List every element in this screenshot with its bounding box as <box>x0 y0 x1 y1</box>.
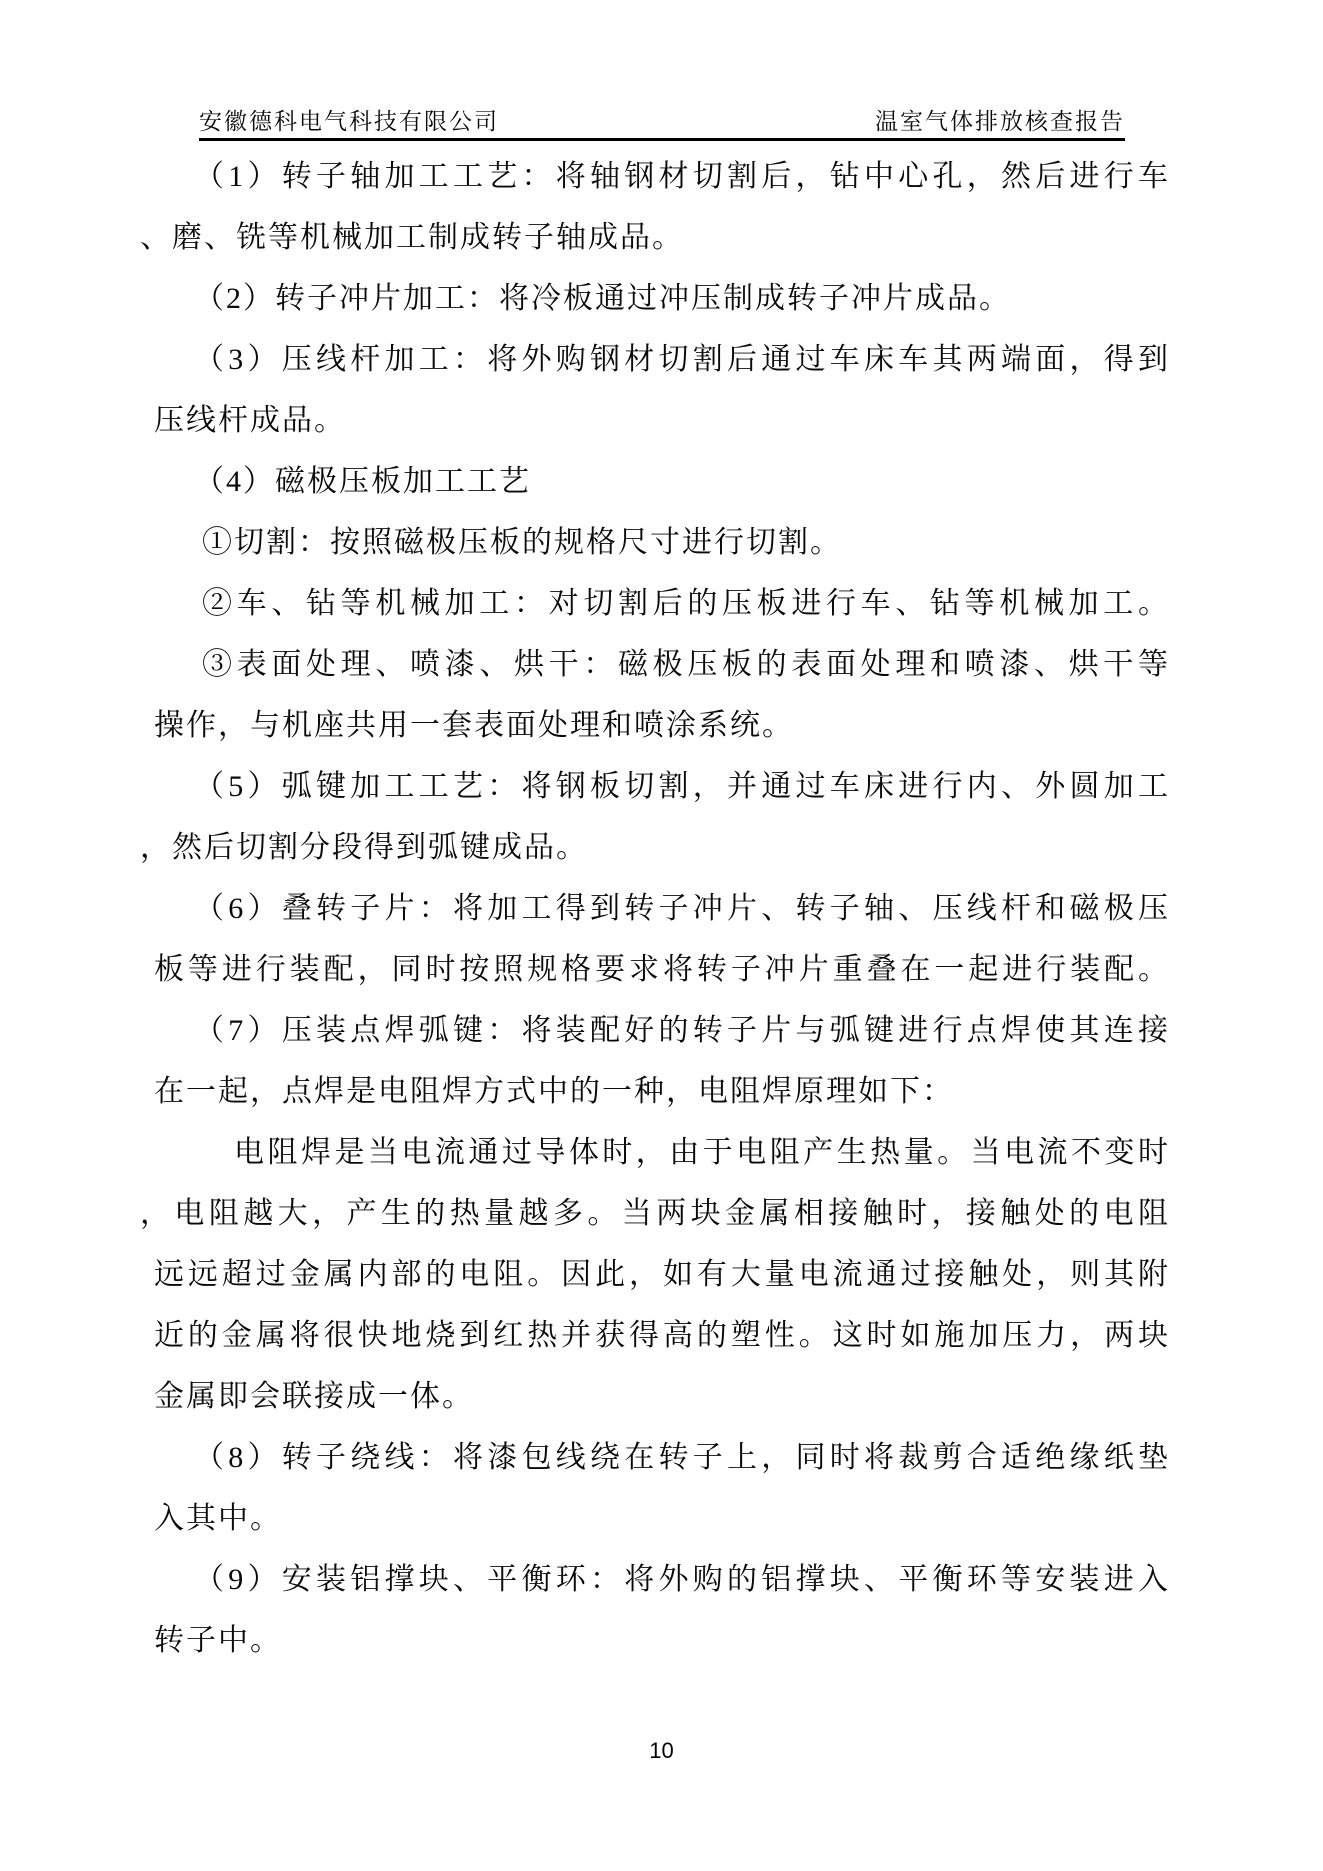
text-line: （7）压装点焊弧键：将装配好的转子片与弧键进行点焊使其连接 <box>154 1000 1170 1061</box>
text-line: （8）转子绕线：将漆包线绕在转子上，同时将裁剪合适绝缘纸垫 <box>154 1427 1170 1488</box>
document-body: （1）转子轴加工工艺：将轴钢材切割后，钻中心孔，然后进行车 、磨、铣等机械加工制… <box>154 146 1170 1671</box>
text-line: 、磨、铣等机械加工制成转子轴成品。 <box>140 207 1170 268</box>
text-line: ，然后切割分段得到弧键成品。 <box>140 817 1170 878</box>
header-left-text: 安徽德科电气科技有限公司 <box>199 103 499 136</box>
text-line: （1）转子轴加工工艺：将轴钢材切割后，钻中心孔，然后进行车 <box>154 146 1170 207</box>
text-line: （4）磁极压板加工工艺 <box>154 451 1170 512</box>
text-line: （2）转子冲片加工：将冷板通过冲压制成转子冲片成品。 <box>154 268 1170 329</box>
text-line: 操作，与机座共用一套表面处理和喷涂系统。 <box>154 695 1170 756</box>
text-line: （6）叠转子片：将加工得到转子冲片、转子轴、压线杆和磁极压 <box>154 878 1170 939</box>
page-header: 安徽德科电气科技有限公司 温室气体排放核查报告 <box>199 103 1125 136</box>
text-line: ①切割：按照磁极压板的规格尺寸进行切割。 <box>154 512 1170 573</box>
text-line: （3）压线杆加工：将外购钢材切割后通过车床车其两端面，得到 <box>154 329 1170 390</box>
text-line: 入其中。 <box>154 1488 1170 1549</box>
text-line: （9）安装铝撑块、平衡环：将外购的铝撑块、平衡环等安装进入 <box>154 1549 1170 1610</box>
text-line: 电阻焊是当电流通过导体时，由于电阻产生热量。当电流不变时 <box>154 1122 1170 1183</box>
header-right-text: 温室气体排放核查报告 <box>875 103 1125 136</box>
text-line: 金属即会联接成一体。 <box>154 1366 1170 1427</box>
text-line: 板等进行装配，同时按照规格要求将转子冲片重叠在一起进行装配。 <box>154 939 1170 1000</box>
text-line: ②车、钻等机械加工：对切割后的压板进行车、钻等机械加工。 <box>154 573 1170 634</box>
text-line: 在一起，点焊是电阻焊方式中的一种，电阻焊原理如下： <box>154 1061 1170 1122</box>
header-rule <box>199 138 1125 141</box>
text-line: 压线杆成品。 <box>154 390 1170 451</box>
page-number: 10 <box>0 1738 1323 1764</box>
text-line: ，电阻越大，产生的热量越多。当两块金属相接触时，接触处的电阻 <box>140 1183 1170 1244</box>
text-line: ③表面处理、喷漆、烘干：磁极压板的表面处理和喷漆、烘干等 <box>154 634 1170 695</box>
text-line: （5）弧键加工工艺：将钢板切割，并通过车床进行内、外圆加工 <box>154 756 1170 817</box>
text-line: 转子中。 <box>154 1610 1170 1671</box>
text-line: 近的金属将很快地烧到红热并获得高的塑性。这时如施加压力，两块 <box>154 1305 1170 1366</box>
document-page: 安徽德科电气科技有限公司 温室气体排放核查报告 （1）转子轴加工工艺：将轴钢材切… <box>0 0 1323 1871</box>
text-line: 远远超过金属内部的电阻。因此，如有大量电流通过接触处，则其附 <box>154 1244 1170 1305</box>
